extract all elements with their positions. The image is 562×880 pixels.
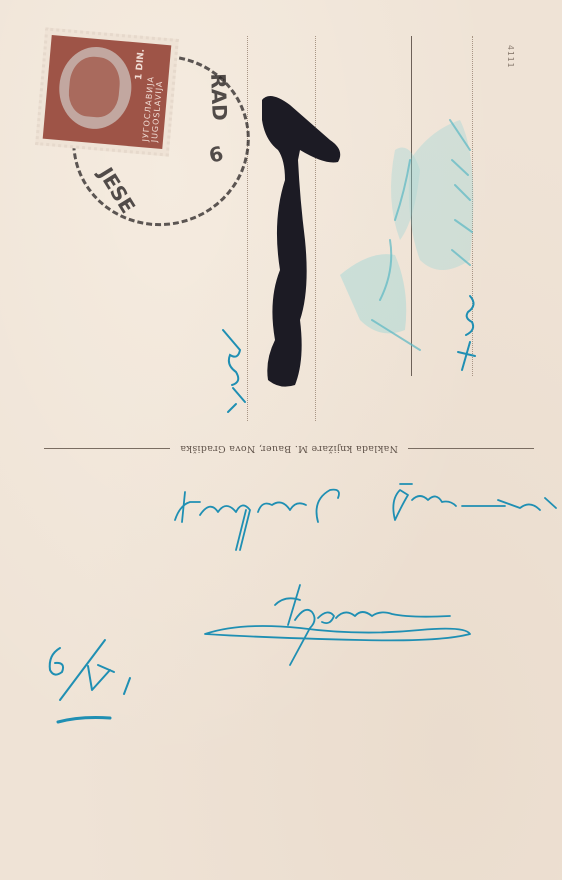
address-text-jean xyxy=(458,296,475,370)
greeting-line-1 xyxy=(175,490,339,550)
date-note xyxy=(50,640,130,722)
greeting-line-2 xyxy=(393,484,556,520)
signature xyxy=(205,585,470,665)
imprint-rule-right xyxy=(408,448,534,449)
postcard: 4111 JESE RAD 9 1 DIN. ЈУГОСЛАВИЈА JUGOS… xyxy=(0,0,562,880)
publisher-text: Naklada knjižare M. Bauer, Nova Gradiška xyxy=(180,443,398,454)
censor-mark xyxy=(262,96,340,387)
publisher-imprint: Naklada knjižare M. Bauer, Nova Gradiška xyxy=(44,440,534,456)
imprint-rule-left xyxy=(44,448,170,449)
margin-note xyxy=(223,330,245,412)
faded-address-ink xyxy=(340,120,473,333)
